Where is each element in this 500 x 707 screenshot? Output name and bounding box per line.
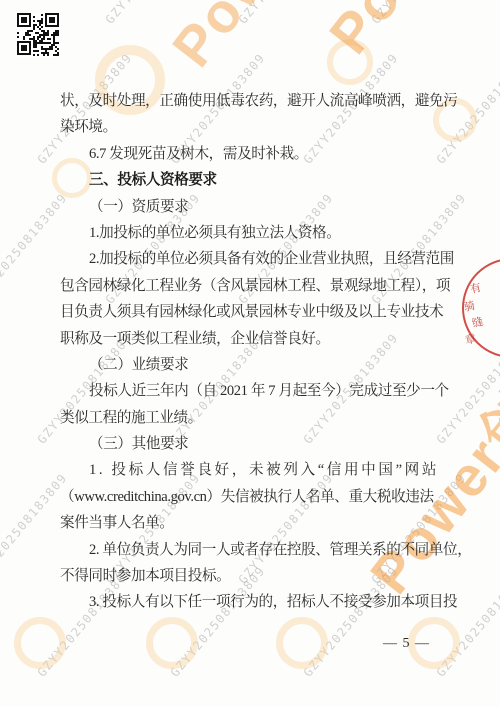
watermark-ring-logo bbox=[276, 617, 328, 669]
watermark-id-text: GZYY202508183809 bbox=[236, 0, 336, 26]
doc-line: 包含园林绿化工程业务（含风景园林工程、景观绿地工程），项 bbox=[60, 273, 444, 299]
seal-char: 有 bbox=[468, 279, 483, 297]
doc-line: 染环境。 bbox=[60, 114, 444, 140]
subsection-heading: （二）业绩要求 bbox=[60, 352, 444, 378]
document-page: GZYY202508183809GZYY202508183809GZYY2025… bbox=[0, 0, 500, 707]
seal-char: 章 bbox=[463, 330, 478, 348]
watermark-id-text: GZYY202508183809 bbox=[369, 0, 469, 26]
section-heading: 三、投标人资格要求 bbox=[60, 167, 444, 193]
document-text: 状，及时处理，正确使用低毒农药，避开人流高峰喷洒，避免污 染环境。 6.7 发现… bbox=[60, 88, 444, 616]
doc-line: 案件当事人名单。 bbox=[60, 510, 444, 536]
doc-line: 6.7 发现死苗及树木，需及时补栽。 bbox=[60, 141, 444, 167]
doc-line: 目负责人须具有园林绿化或风景园林专业中级及以上专业技术 bbox=[60, 299, 444, 325]
doc-line: 1. 投标人信誉良好，未被列入“信用中国”网站 bbox=[60, 457, 444, 483]
watermark-ring-logo bbox=[146, 617, 198, 669]
watermark-ring-logo bbox=[327, 39, 373, 85]
doc-line: 2. 单位负责人为同一人或者存在控股、管理关系的不同单位， bbox=[60, 537, 444, 563]
seal-char: 缝 bbox=[470, 313, 485, 331]
doc-line: 1.加投标的单位必须具有独立法人资格。 bbox=[60, 220, 444, 246]
page-number: — 5 — bbox=[383, 636, 430, 652]
watermark-ring-logo bbox=[14, 617, 66, 669]
seal-ring bbox=[462, 258, 500, 358]
doc-line: 投标人近三年内（自 2021 年 7 月起至今）完成过至少一个 bbox=[60, 378, 444, 404]
watermark-brand-text: Power创 bbox=[318, 0, 500, 65]
doc-line: 3. 投标人有以下任一项行为的，招标人不接受参加本项目投 bbox=[60, 589, 444, 615]
subsection-heading: （一）资质要求 bbox=[60, 194, 444, 220]
subsection-heading: （三）其他要求 bbox=[60, 431, 444, 457]
doc-line: 职称及一项类似工程业绩，企业信誉良好。 bbox=[60, 326, 444, 352]
watermark-brand-text: Power创 bbox=[161, 0, 355, 78]
seal-char: 骑 bbox=[462, 297, 477, 315]
doc-line: 类似工程的施工业绩。 bbox=[60, 405, 444, 431]
watermark-id-text: GZYY202508183809 bbox=[103, 0, 203, 26]
doc-line: 状，及时处理，正确使用低毒农药，避开人流高峰喷洒，避免污 bbox=[60, 88, 444, 114]
doc-line: 不得同时参加本项目投标。 bbox=[60, 563, 444, 589]
qr-code bbox=[17, 13, 59, 57]
doc-line: （www.creditchina.gov.cn）失信被执行人名单、重大税收违法 bbox=[60, 484, 444, 510]
doc-line: 2.加投标的单位必须具备有效的企业营业执照，且经营范围 bbox=[60, 246, 444, 272]
